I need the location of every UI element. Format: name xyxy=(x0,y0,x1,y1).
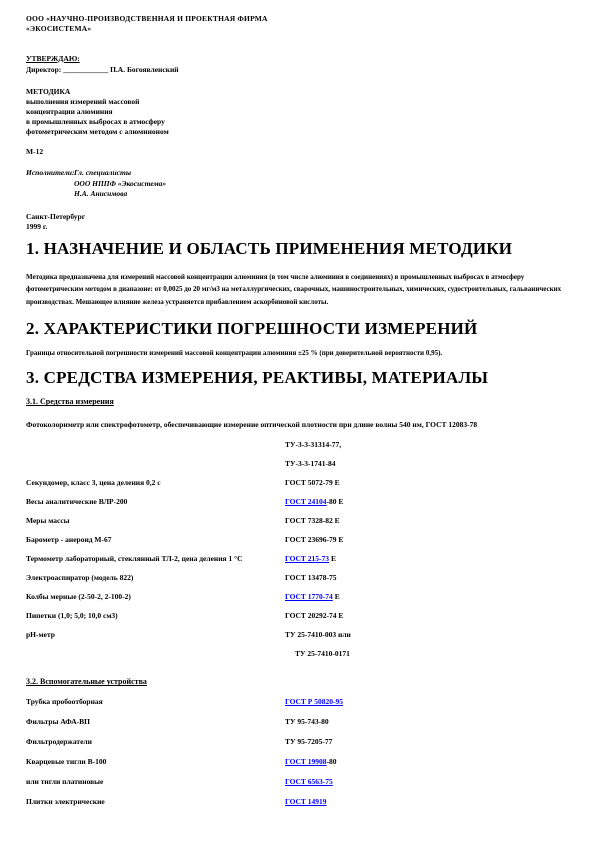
equipment-row: Секундомер, класс 3, цена деления 0,2 сГ… xyxy=(26,478,585,497)
title-line: выполнения измерений массовой xyxy=(26,97,585,107)
standard-text: ТУ-3-3-31314-77, xyxy=(285,440,341,449)
title-line: в промышленных выбросах в атмосферу xyxy=(26,117,585,127)
executor-line: ООО НППФ «Экосистема» xyxy=(74,179,166,190)
document-title: МЕТОДИКА выполнения измерений массовой к… xyxy=(26,87,585,137)
document-number: М-12 xyxy=(26,147,585,157)
equipment-label: Меры массы xyxy=(26,516,285,526)
equipment-standard: ГОСТ 7328-82 Е xyxy=(285,516,340,526)
city-year-block: Санкт-Петербург 1999 г. xyxy=(26,212,585,233)
equipment-standard: ГОСТ 13478-75 xyxy=(285,573,337,583)
equipment-row: Колбы мерные (2-50-2, 2-100-2)ГОСТ 1770-… xyxy=(26,592,585,611)
equipment-standard: ТУ 25-7410-003 или xyxy=(285,630,351,640)
standard-text: ГОСТ 5072-79 Е xyxy=(285,478,340,487)
director-name: П.А. Богоявленский xyxy=(110,65,179,74)
equipment-label: рН-метр xyxy=(26,630,285,640)
equipment-label: Колбы мерные (2-50-2, 2-100-2) xyxy=(26,592,285,602)
director-line: Директор: ____________ П.А. Богоявленски… xyxy=(26,65,585,76)
standard-text: -80 xyxy=(327,757,337,766)
gost-link[interactable]: ГОСТ 6563-75 xyxy=(285,777,333,786)
measuring-instruments-table: ТУ-3-3-31314-77,ТУ-3-3-1741-84Секундомер… xyxy=(26,440,585,668)
director-label: Директор: xyxy=(26,65,61,74)
year: 1999 г. xyxy=(26,222,585,233)
executors-label: Исполнители: xyxy=(26,168,74,200)
equipment-row: ФильтродержателиТУ 95-7205-77 xyxy=(26,737,585,757)
organization-name-line2: «ЭКОСИСТЕМА» xyxy=(26,24,585,34)
standard-text: ТУ 25-7410-003 или xyxy=(285,630,351,639)
section-2-heading: 2. ХАРАКТЕРИСТИКИ ПОГРЕШНОСТИ ИЗМЕРЕНИЙ xyxy=(26,319,585,339)
equipment-label: Кварцевые тигли В-100 xyxy=(26,757,285,767)
gost-link[interactable]: ГОСТ 1770-74 xyxy=(285,592,333,601)
equipment-label: Электроаспиратор (модель 822) xyxy=(26,573,285,583)
equipment-row: ТУ 25-7410-0171 xyxy=(26,649,585,668)
section-1-paragraph: Методика предназначена для измерений мас… xyxy=(26,271,582,309)
organization-header: ООО «НАУЧНО-ПРОИЗВОДСТВЕННАЯ И ПРОЕКТНАЯ… xyxy=(26,14,585,34)
equipment-standard: ТУ-3-3-1741-84 xyxy=(285,459,336,469)
equipment-standard: ГОСТ 20292-74 Е xyxy=(285,611,343,621)
equipment-row: Меры массыГОСТ 7328-82 Е xyxy=(26,516,585,535)
equipment-standard: ТУ 25-7410-0171 xyxy=(295,649,350,659)
equipment-row: Плитки электрическиеГОСТ 14919 xyxy=(26,797,585,817)
equipment-label: Барометр - анероид М-67 xyxy=(26,535,285,545)
equipment-standard: ГОСТ 215-73 Е xyxy=(285,554,336,564)
equipment-standard: ГОСТ 24104-80 Е xyxy=(285,497,343,507)
equipment-standard: ГОСТ 19908-80 xyxy=(285,757,337,767)
standard-text: ГОСТ 7328-82 Е xyxy=(285,516,340,525)
gost-link[interactable]: ГОСТ 19908 xyxy=(285,757,327,766)
gost-link[interactable]: ГОСТ Р 50820-95 xyxy=(285,697,343,706)
executors-list: Гл. специалисты ООО НППФ «Экосистема» Н.… xyxy=(74,168,166,200)
equipment-row: Термометр лабораторный, стеклянный ТЛ-2,… xyxy=(26,554,585,573)
photocolorimeter-line: Фотоколориметр или спектрофотометр, обес… xyxy=(26,420,585,430)
standard-text: ТУ 95-7205-77 xyxy=(285,737,332,746)
equipment-row: Барометр - анероид М-67ГОСТ 23696-79 Е xyxy=(26,535,585,554)
standard-text: Е xyxy=(333,592,340,601)
equipment-label: или тигли платиновые xyxy=(26,777,285,787)
standard-text: ТУ 95-743-80 xyxy=(285,717,329,726)
equipment-label: Весы аналитические ВЛР-200 xyxy=(26,497,285,507)
equipment-standard: ТУ 95-7205-77 xyxy=(285,737,332,747)
standard-text: ТУ-3-3-1741-84 xyxy=(285,459,336,468)
standard-text: ГОСТ 23696-79 Е xyxy=(285,535,343,544)
equipment-label: Трубка пробоотборная xyxy=(26,697,285,707)
title-line: концентрации алюминия xyxy=(26,107,585,117)
equipment-label: Фильтры АФА-ВП xyxy=(26,717,285,727)
equipment-standard: ГОСТ 5072-79 Е xyxy=(285,478,340,488)
equipment-row: ТУ-3-3-1741-84 xyxy=(26,459,585,478)
equipment-row: Весы аналитические ВЛР-200ГОСТ 24104-80 … xyxy=(26,497,585,516)
organization-name-line1: ООО «НАУЧНО-ПРОИЗВОДСТВЕННАЯ И ПРОЕКТНАЯ… xyxy=(26,14,585,24)
signature-blank: ____________ xyxy=(63,65,108,74)
equipment-standard: ТУ-3-3-31314-77, xyxy=(285,440,341,450)
standard-text: Е xyxy=(329,554,336,563)
equipment-row: Фильтры АФА-ВПТУ 95-743-80 xyxy=(26,717,585,737)
title-line: фотометрическим методом с алюминоном xyxy=(26,127,585,137)
auxiliary-devices-table: Трубка пробоотборнаяГОСТ Р 50820-95Фильт… xyxy=(26,697,585,817)
subsection-3-1-heading: 3.1. Средства измерения xyxy=(26,397,585,407)
equipment-label: Секундомер, класс 3, цена деления 0,2 с xyxy=(26,478,285,488)
equipment-standard: ГОСТ 1770-74 Е xyxy=(285,592,340,602)
subsection-3-2-heading: 3.2. Вспомогательные устройства xyxy=(26,677,585,687)
equipment-label: Фильтродержатели xyxy=(26,737,285,747)
section-3-heading: 3. СРЕДСТВА ИЗМЕРЕНИЯ, РЕАКТИВЫ, МАТЕРИА… xyxy=(26,368,585,388)
equipment-row: Трубка пробоотборнаяГОСТ Р 50820-95 xyxy=(26,697,585,717)
title-line: МЕТОДИКА xyxy=(26,87,585,97)
approval-block: УТВЕРЖДАЮ: Директор: ____________ П.А. Б… xyxy=(26,54,585,75)
gost-link[interactable]: ГОСТ 14919 xyxy=(285,797,327,806)
standard-text: -80 Е xyxy=(327,497,344,506)
equipment-standard: ГОСТ 14919 xyxy=(285,797,327,807)
equipment-standard: ГОСТ 23696-79 Е xyxy=(285,535,343,545)
approval-label: УТВЕРЖДАЮ: xyxy=(26,54,585,65)
equipment-standard: ГОСТ 6563-75 xyxy=(285,777,333,787)
equipment-standard: ТУ 95-743-80 xyxy=(285,717,329,727)
section-2-paragraph: Границы относительной погрешности измере… xyxy=(26,347,582,360)
equipment-label: Пипетки (1,0; 5,0; 10,0 см3) xyxy=(26,611,285,621)
equipment-standard: ГОСТ Р 50820-95 xyxy=(285,697,343,707)
equipment-row: или тигли платиновыеГОСТ 6563-75 xyxy=(26,777,585,797)
standard-text: ГОСТ 13478-75 xyxy=(285,573,337,582)
gost-link[interactable]: ГОСТ 24104 xyxy=(285,497,327,506)
equipment-row: рН-метрТУ 25-7410-003 или xyxy=(26,630,585,649)
document-page: ООО «НАУЧНО-ПРОИЗВОДСТВЕННАЯ И ПРОЕКТНАЯ… xyxy=(0,0,595,817)
executors-block: Исполнители: Гл. специалисты ООО НППФ «Э… xyxy=(26,168,585,200)
standard-text: ГОСТ 20292-74 Е xyxy=(285,611,343,620)
section-1-heading: 1. НАЗНАЧЕНИЕ И ОБЛАСТЬ ПРИМЕНЕНИЯ МЕТОД… xyxy=(26,239,585,259)
gost-link[interactable]: ГОСТ 215-73 xyxy=(285,554,329,563)
executor-line: Гл. специалисты xyxy=(74,168,166,179)
standard-text: ТУ 25-7410-0171 xyxy=(295,649,350,658)
equipment-row: Электроаспиратор (модель 822)ГОСТ 13478-… xyxy=(26,573,585,592)
executor-line: Н.А. Анисимова xyxy=(74,189,166,200)
equipment-label: Термометр лабораторный, стеклянный ТЛ-2,… xyxy=(26,554,285,564)
equipment-row: Пипетки (1,0; 5,0; 10,0 см3)ГОСТ 20292-7… xyxy=(26,611,585,630)
equipment-label: Плитки электрические xyxy=(26,797,285,807)
equipment-row: ТУ-3-3-31314-77, xyxy=(26,440,585,459)
city: Санкт-Петербург xyxy=(26,212,585,223)
equipment-row: Кварцевые тигли В-100ГОСТ 19908-80 xyxy=(26,757,585,777)
